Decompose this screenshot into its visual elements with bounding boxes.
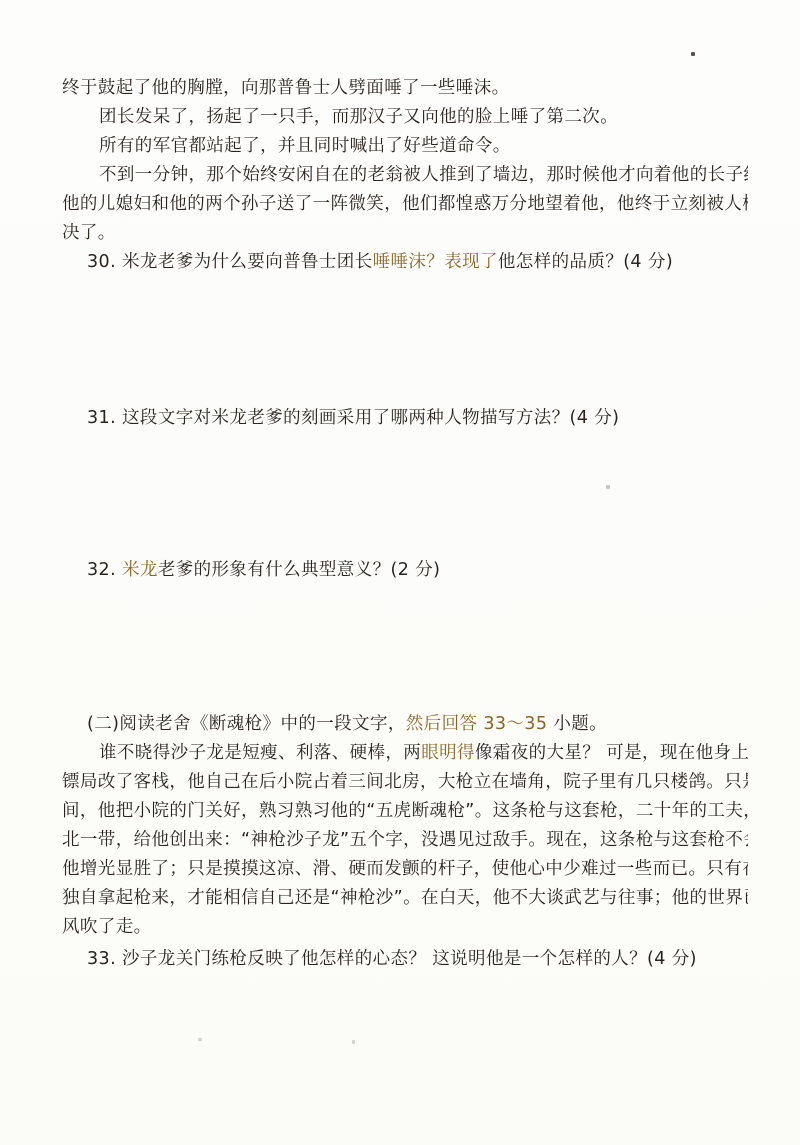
question-32-text: 老爹的形象有什么典型意义？(2 分): [158, 560, 441, 580]
question-30-text-tinted: 唾唾沫？表现了: [373, 252, 498, 272]
duanhunqiang-section: (二)阅读老舍《断魂枪》中的一段文字，然后回答 33～35 小题。 谁不晓得沙子…: [62, 710, 748, 974]
passage-line: 北一带，给他创出来：“神枪沙子龙”五个字，没遇见过敌手。现在，这条枪与这套枪不会…: [62, 826, 748, 855]
question-32-text: 32.: [87, 560, 122, 580]
scanned-exam-page: 终于鼓起了他的胸膛，向那普鲁士人劈面唾了一些唾沫。 团长发呆了，扬起了一只手，而…: [0, 0, 800, 1145]
passage-line: 所有的军官都站起了，并且同时喊出了好些道命令。: [62, 132, 748, 161]
question-32: 32. 米龙老爹的形象有什么典型意义？(2 分): [87, 556, 440, 585]
section-heading: (二)阅读老舍《断魂枪》中的一段文字，然后回答 33～35 小题。: [62, 710, 748, 739]
passage-line-text: 谁不晓得沙子龙是短瘦、利落、硬棒，两: [99, 743, 421, 763]
question-30-text: 30. 米龙老爹为什么要向普鲁士团长: [87, 252, 373, 272]
scan-speck: [352, 1040, 355, 1044]
scan-speck: [691, 52, 695, 56]
passage-line: 终于鼓起了他的胸膛，向那普鲁士人劈面唾了一些唾沫。: [62, 74, 748, 103]
question-30: 30. 米龙老爹为什么要向普鲁士团长唾唾沫？表现了他怎样的品质？(4 分): [62, 248, 748, 277]
question-31: 31. 这段文字对米龙老爹的刻画采用了哪两种人物描写方法？(4 分): [87, 404, 619, 433]
passage-line: 决了。: [62, 219, 748, 248]
passage-line: 团长发呆了，扬起了一只手，而那汉子又向他的脸上唾了第二次。: [62, 103, 748, 132]
passage-line: 风吹了走。: [62, 913, 748, 942]
passage-line-text-tinted: 眼明得: [421, 743, 475, 763]
passage-line-text: 像霜夜的大星？ 可是，现在他身上放了肉。: [475, 743, 748, 763]
passage-line: 独自拿起枪来，才能相信自己还是“神枪沙”。在白天，他不大谈武艺与往事；他的世界已…: [62, 884, 748, 913]
section-heading-text: 小题。: [547, 714, 607, 734]
milon-passage-section: 终于鼓起了他的胸膛，向那普鲁士人劈面唾了一些唾沫。 团长发呆了，扬起了一只手，而…: [62, 74, 748, 277]
scan-speck: [198, 1038, 202, 1041]
passage-line: 间，他把小院的门关好，熟习熟习他的“五虎断魂枪”。这条枪与这套枪，二十年的工夫，…: [62, 797, 748, 826]
passage-line: 他增光显胜了；只是摸摸这凉、滑、硬而发颤的杆子，使他心中少难过一些而已。只有在夜…: [62, 855, 748, 884]
passage-line: 镖局改了客栈，他自己在后小院占着三间北房，大枪立在墙角，院子里有几只楼鸽。只是在…: [62, 768, 748, 797]
section-heading-text: (二)阅读老舍《断魂枪》中的一段文字，: [87, 714, 406, 734]
question-33: 33. 沙子龙关门练枪反映了他怎样的心态？ 这说明他是一个怎样的人？(4 分): [62, 945, 748, 974]
passage-line: 谁不晓得沙子龙是短瘦、利落、硬棒，两眼明得像霜夜的大星？ 可是，现在他身上放了肉…: [62, 739, 748, 768]
passage-line: 他的儿媳妇和他的两个孙子送了一阵微笑，他们都惶惑万分地望着他，他终于立刻被人枪: [62, 190, 748, 219]
question-32-text-tinted: 米龙: [122, 560, 158, 580]
passage-line: 不到一分钟，那个始终安闲自在的老翁被人推到了墙边，那时候他才向着他的长子约翰，: [62, 161, 748, 190]
section-heading-text-tinted: 然后回答 33～35: [406, 714, 548, 734]
question-30-text: 他怎样的品质？(4 分): [498, 252, 673, 272]
scan-speck: [606, 485, 610, 489]
